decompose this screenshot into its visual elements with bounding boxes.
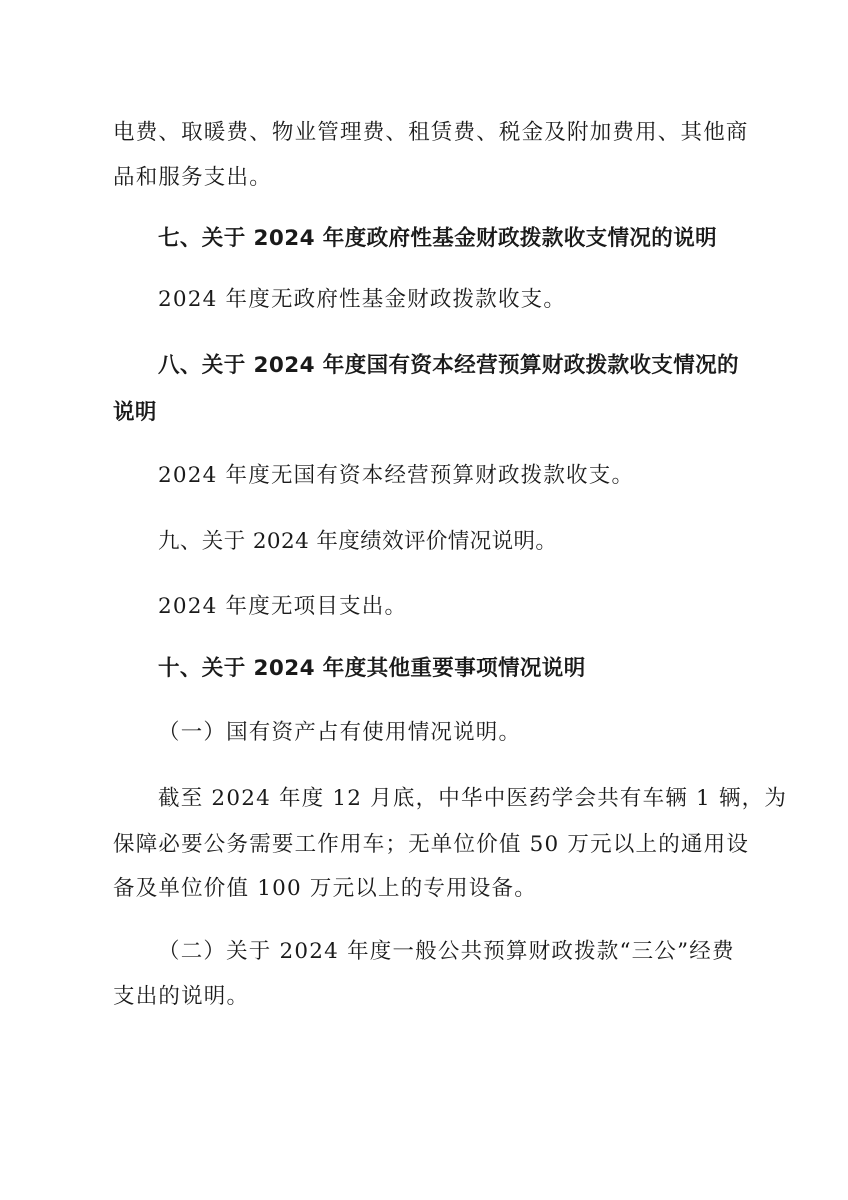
body-text-line: 2024 年度无政府性基金财政拨款收支。 xyxy=(158,285,798,315)
body-text-line: 2024 年度无项目支出。 xyxy=(158,592,798,622)
section-heading-7: 七、关于 2024 年度政府性基金财政拨款收支情况的说明 xyxy=(158,224,798,254)
subsection-heading-1: （一）国有资产占有使用情况说明。 xyxy=(158,718,798,748)
subsection-heading-2: （二）关于 2024 年度一般公共预算财政拨款“三公”经费 xyxy=(158,937,798,967)
body-text-line: 截至 2024 年度 12 月底，中华中医药学会共有车辆 1 辆，为 xyxy=(158,784,798,814)
section-heading-10: 十、关于 2024 年度其他重要事项情况说明 xyxy=(158,654,798,684)
body-text-line: 电费、取暖费、物业管理费、租赁费、税金及附加费用、其他商 xyxy=(113,118,753,148)
body-text-line: 2024 年度无国有资本经营预算财政拨款收支。 xyxy=(158,461,798,491)
section-heading-8: 八、关于 2024 年度国有资本经营预算财政拨款收支情况的 xyxy=(158,351,798,381)
body-text-line: 备及单位价值 100 万元以上的专用设备。 xyxy=(113,874,753,904)
body-text-line: 品和服务支出。 xyxy=(113,163,753,193)
subsection-heading-2-continued: 支出的说明。 xyxy=(113,982,753,1012)
document-page: 电费、取暖费、物业管理费、租赁费、税金及附加费用、其他商 品和服务支出。 七、关… xyxy=(0,0,848,1200)
section-heading-8-continued: 说明 xyxy=(113,398,753,428)
body-text-line: 保障必要公务需要工作用车；无单位价值 50 万元以上的通用设 xyxy=(113,830,753,860)
section-heading-9: 九、关于 2024 年度绩效评价情况说明。 xyxy=(158,527,798,557)
